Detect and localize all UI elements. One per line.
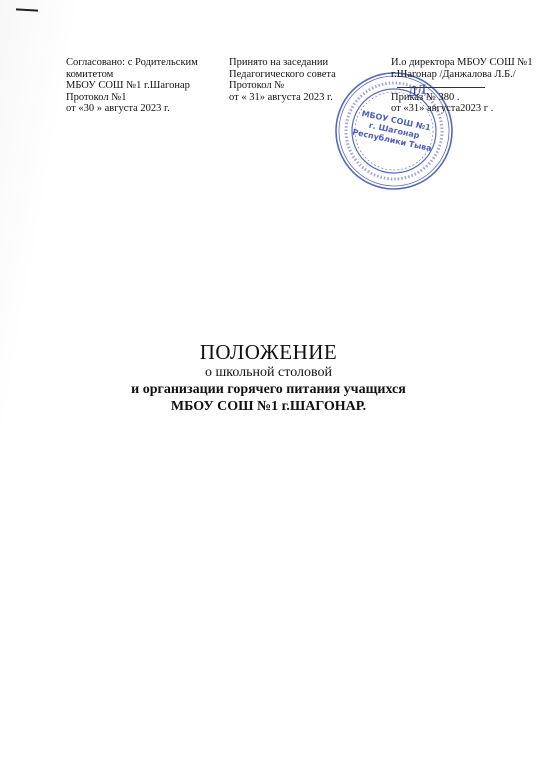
document-subtitle: о школьной столовой <box>0 364 537 381</box>
director-line: г.Шагонар /Данжалова Л.Б./ <box>391 69 533 81</box>
document-subtitle-bold: и организации горячего питания учащихся <box>0 381 537 398</box>
approval-line: МБОУ СОШ №1 г.Шагонар <box>66 80 198 92</box>
pedagogical-council-block: Принято на заседании Педагогического сов… <box>229 57 336 103</box>
director-line: И.о директора МБОУ СОШ №1 <box>391 57 533 69</box>
council-line: Педагогического совета <box>229 69 336 81</box>
document-page: Согласовано: с Родительским комитетом МБ… <box>0 0 537 771</box>
approval-line: Протокол №1 <box>66 92 198 104</box>
document-heading: ПОЛОЖЕНИЕ о школьной столовой и организа… <box>0 340 537 415</box>
school-name: МБОУ СОШ №1 г.ШАГОНАР. <box>0 398 537 415</box>
document-title: ПОЛОЖЕНИЕ <box>0 340 537 364</box>
approval-line: комитетом <box>66 69 198 81</box>
signature-icon: ДЛ <box>407 83 428 102</box>
council-line: Принято на заседании <box>229 57 336 69</box>
council-line: от « 31» августа 2023 г. <box>229 92 336 104</box>
approval-line: от «30 » августа 2023 г. <box>66 103 198 115</box>
approval-line: Согласовано: с Родительским <box>66 57 198 69</box>
parent-committee-approval-block: Согласовано: с Родительским комитетом МБ… <box>66 57 198 115</box>
council-line: Протокол № <box>229 80 336 92</box>
director-line: от «31» августа2023 г . <box>391 103 533 115</box>
scan-mark <box>16 8 38 11</box>
